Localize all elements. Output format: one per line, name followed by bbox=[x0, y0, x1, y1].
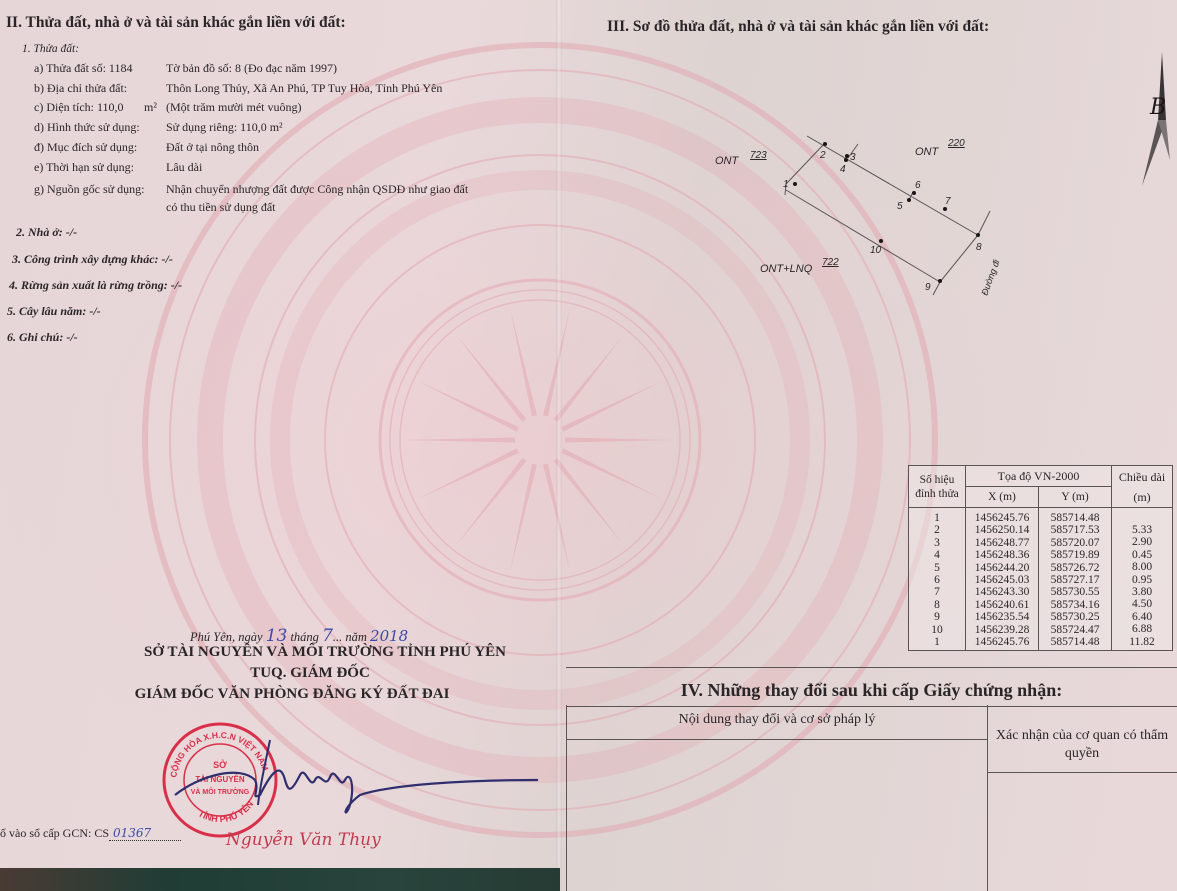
signer-name: Nguyễn Văn Thụy bbox=[226, 830, 381, 850]
subsection-land-title: 1. Thửa đất: bbox=[22, 43, 79, 55]
origin-value: Nhận chuyển nhượng đất được Công nhận QS… bbox=[166, 182, 468, 197]
x-cell: 1456245.76 bbox=[970, 512, 1034, 524]
y-cell: 585734.16 bbox=[1043, 599, 1107, 611]
svg-text:2: 2 bbox=[819, 150, 826, 161]
x-cell: 1456248.77 bbox=[970, 537, 1034, 549]
svg-text:9: 9 bbox=[925, 282, 931, 293]
registry-label: ố vào sổ cấp GCN: CS bbox=[0, 826, 109, 840]
vertex-cell: 2 bbox=[913, 524, 961, 536]
y-cell: 585730.55 bbox=[1043, 586, 1107, 598]
parcel-diagram: 1 2 3 4 5 6 7 8 9 10 ONT 723 ONT 220 ONT… bbox=[700, 120, 1020, 300]
item-perennial-trees: 5. Cây lâu năm: -/- bbox=[7, 304, 101, 319]
svg-text:ONT+LNQ: ONT+LNQ bbox=[760, 263, 813, 275]
signer-position: GIÁM ĐỐC VĂN PHÒNG ĐĂNG KÝ ĐẤT ĐAI bbox=[62, 686, 522, 703]
item-production-forest: 4. Rừng sản xuất là rừng trồng: -/- bbox=[9, 278, 182, 293]
date-month: 7 bbox=[322, 626, 333, 646]
length-cell: 0.95 bbox=[1116, 574, 1168, 586]
y-cell: 585720.07 bbox=[1043, 537, 1107, 549]
section-iv-title: IV. Những thay đổi sau khi cấp Giấy chứn… bbox=[566, 667, 1177, 707]
section-iii-title: III. Sơ đồ thửa đất, nhà ở và tài sản kh… bbox=[607, 18, 989, 36]
length-cell: 3.80 bbox=[1116, 586, 1168, 598]
registry-number: 01367 bbox=[109, 826, 181, 841]
length-cell: 0.45 bbox=[1116, 549, 1168, 561]
svg-text:4: 4 bbox=[840, 164, 846, 175]
length-header: Chiều dài (m) bbox=[1112, 466, 1173, 508]
proxy-title: TUQ. GIÁM ĐỐC bbox=[80, 665, 540, 682]
vertex-cell: 5 bbox=[913, 562, 961, 574]
vertex-column: 123456789101 bbox=[909, 508, 966, 651]
signature-icon bbox=[160, 735, 560, 825]
x-cell: 1456245.76 bbox=[970, 636, 1034, 648]
length-cell: 5.33 bbox=[1116, 524, 1168, 536]
area-in-words: (Một trăm mười mét vuông) bbox=[166, 100, 302, 115]
x-cell: 1456239.28 bbox=[970, 624, 1034, 636]
vertex-cell: 1 bbox=[913, 512, 961, 524]
y-cell: 585724.47 bbox=[1043, 624, 1107, 636]
address-label: b) Địa chỉ thửa đất: bbox=[34, 81, 127, 96]
x-cell: 1456248.36 bbox=[970, 549, 1034, 561]
x-header: X (m) bbox=[966, 487, 1039, 508]
svg-text:6: 6 bbox=[915, 180, 921, 191]
vertex-cell: 7 bbox=[913, 586, 961, 598]
registry-line: ố vào sổ cấp GCN: CS01367 bbox=[0, 826, 181, 841]
change-content-header: Nội dung thay đổi và cơ sở pháp lý bbox=[567, 705, 987, 740]
svg-text:7: 7 bbox=[945, 196, 951, 207]
item-other-construction: 3. Công trình xây dựng khác: -/- bbox=[12, 252, 173, 267]
svg-text:8: 8 bbox=[976, 242, 982, 253]
date-day: 13 bbox=[266, 626, 288, 646]
svg-text:ONT: ONT bbox=[915, 146, 940, 158]
svg-text:ONT: ONT bbox=[715, 155, 740, 167]
usage-purpose-label: đ) Mục đích sử dụng: bbox=[34, 140, 137, 155]
change-content-column: Nội dung thay đổi và cơ sở pháp lý bbox=[566, 705, 988, 891]
usage-purpose-value: Đất ở tại nông thôn bbox=[166, 140, 259, 155]
x-cell: 1456244.20 bbox=[970, 562, 1034, 574]
length-cell: 2.90 bbox=[1116, 536, 1168, 548]
area-label: c) Diện tích: 110,0 bbox=[34, 100, 124, 115]
vertex-cell: 4 bbox=[913, 549, 961, 561]
x-cell: 1456250.14 bbox=[970, 524, 1034, 536]
x-column: 1456245.761456250.141456248.771456248.36… bbox=[966, 508, 1039, 651]
usage-term-label: e) Thời hạn sử dụng: bbox=[34, 160, 134, 175]
date-prefix: Phú Yên, ngày bbox=[190, 630, 263, 644]
y-cell: 585727.17 bbox=[1043, 574, 1107, 586]
vertex-cell: 1 bbox=[913, 636, 961, 648]
length-column: 5.332.900.458.000.953.804.506.406.8811.8… bbox=[1112, 508, 1173, 651]
svg-text:722: 722 bbox=[822, 257, 839, 268]
y-column: 585714.48585717.53585720.07585719.895857… bbox=[1039, 508, 1112, 651]
x-cell: 1456243.30 bbox=[970, 586, 1034, 598]
item-notes: 6. Ghi chú: -/- bbox=[7, 330, 78, 345]
length-cell: 8.00 bbox=[1116, 561, 1168, 573]
vertex-cell: 8 bbox=[913, 599, 961, 611]
address-value: Thôn Long Thủy, Xã An Phú, TP Tuy Hòa, T… bbox=[166, 81, 442, 96]
issuing-org: SỞ TÀI NGUYÊN VÀ MÔI TRƯỜNG TỈNH PHÚ YÊN bbox=[95, 644, 555, 661]
usage-form-label: d) Hình thức sử dụng: bbox=[34, 120, 140, 135]
table-surface bbox=[0, 868, 560, 891]
x-cell: 1456245.03 bbox=[970, 574, 1034, 586]
vertex-cell: 9 bbox=[913, 611, 961, 623]
vertex-cell: 10 bbox=[913, 624, 961, 636]
length-cell: 4.50 bbox=[1116, 598, 1168, 610]
authority-confirm-column: Xác nhận của cơ quan có thẩm quyền bbox=[987, 705, 1177, 891]
y-cell: 585726.72 bbox=[1043, 562, 1107, 574]
north-arrow-icon: B bbox=[1130, 50, 1174, 190]
vertex-header: Số hiệu đỉnh thửa bbox=[909, 466, 966, 508]
table-row: 123456789101 1456245.761456250.141456248… bbox=[909, 508, 1173, 651]
coordinate-table: Số hiệu đỉnh thửa Tọa độ VN-2000 Chiều d… bbox=[908, 465, 1173, 651]
usage-term-value: Lâu dài bbox=[166, 160, 202, 175]
y-cell: 585714.48 bbox=[1043, 636, 1107, 648]
y-header: Y (m) bbox=[1039, 487, 1112, 508]
item-house: 2. Nhà ở: -/- bbox=[16, 225, 77, 240]
x-cell: 1456235.54 bbox=[970, 611, 1034, 623]
length-cell: 6.40 bbox=[1116, 611, 1168, 623]
svg-text:220: 220 bbox=[947, 138, 965, 149]
vertex-cell: 3 bbox=[913, 537, 961, 549]
map-sheet-value: Tờ bản đồ số: 8 (Đo đạc năm 1997) bbox=[166, 61, 337, 76]
origin-value-line2: có thu tiền sử dụng đất bbox=[166, 200, 276, 215]
svg-text:723: 723 bbox=[750, 150, 767, 161]
month-label: tháng bbox=[290, 630, 318, 644]
svg-text:1: 1 bbox=[783, 179, 789, 190]
y-cell: 585719.89 bbox=[1043, 549, 1107, 561]
svg-text:3: 3 bbox=[850, 152, 856, 163]
year-label: năm bbox=[345, 630, 367, 644]
y-cell: 585717.53 bbox=[1043, 524, 1107, 536]
origin-label: g) Nguồn gốc sử dụng: bbox=[34, 182, 145, 197]
y-cell: 585730.25 bbox=[1043, 611, 1107, 623]
x-cell: 1456240.61 bbox=[970, 599, 1034, 611]
coord-group-header: Tọa độ VN-2000 bbox=[966, 466, 1112, 487]
y-cell: 585714.48 bbox=[1043, 512, 1107, 524]
vertex-cell: 6 bbox=[913, 574, 961, 586]
svg-text:10: 10 bbox=[870, 245, 882, 256]
length-cell: 11.82 bbox=[1116, 636, 1168, 648]
parcel-number-label: a) Thửa đất số: 1184 bbox=[34, 61, 132, 76]
section-ii-title: II. Thửa đất, nhà ở và tài sản khác gắn … bbox=[6, 14, 346, 32]
date-year: 2018 bbox=[370, 627, 408, 645]
usage-form-value: Sử dụng riêng: 110,0 m² bbox=[166, 120, 283, 135]
svg-text:Đường đi: Đường đi bbox=[979, 257, 1001, 296]
authority-confirm-header: Xác nhận của cơ quan có thẩm quyền bbox=[987, 705, 1177, 773]
area-unit: m² bbox=[144, 100, 157, 115]
svg-text:B: B bbox=[1149, 95, 1166, 120]
svg-text:5: 5 bbox=[897, 201, 903, 212]
length-cell: 6.88 bbox=[1116, 623, 1168, 635]
changes-section: IV. Những thay đổi sau khi cấp Giấy chứn… bbox=[566, 667, 1177, 891]
issue-date: Phú Yên, ngày 13 tháng 7... năm 2018 bbox=[190, 626, 408, 646]
